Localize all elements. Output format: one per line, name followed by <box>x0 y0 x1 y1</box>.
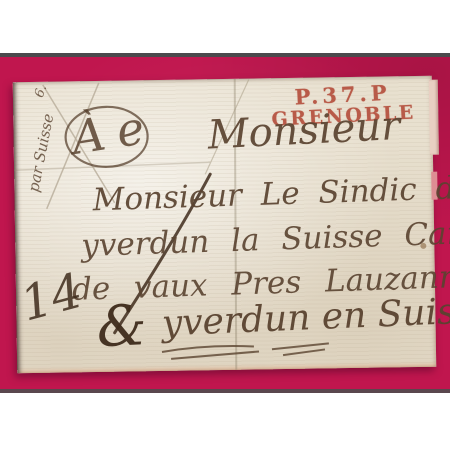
photo-frame: P.37.P GRENOBLE Àe Monsieur Monsieur Le … <box>0 0 450 450</box>
letter-paper: P.37.P GRENOBLE Àe Monsieur Monsieur Le … <box>13 76 437 374</box>
frame-bottom-bar <box>0 389 450 393</box>
crimson-mat-background: P.37.P GRENOBLE Àe Monsieur Monsieur Le … <box>0 57 450 389</box>
address-line-monsieur: Monsieur <box>206 103 401 159</box>
ampersand-flourish: & <box>95 293 152 360</box>
address-line-5-text: yverdun en Suisse <box>161 290 450 345</box>
